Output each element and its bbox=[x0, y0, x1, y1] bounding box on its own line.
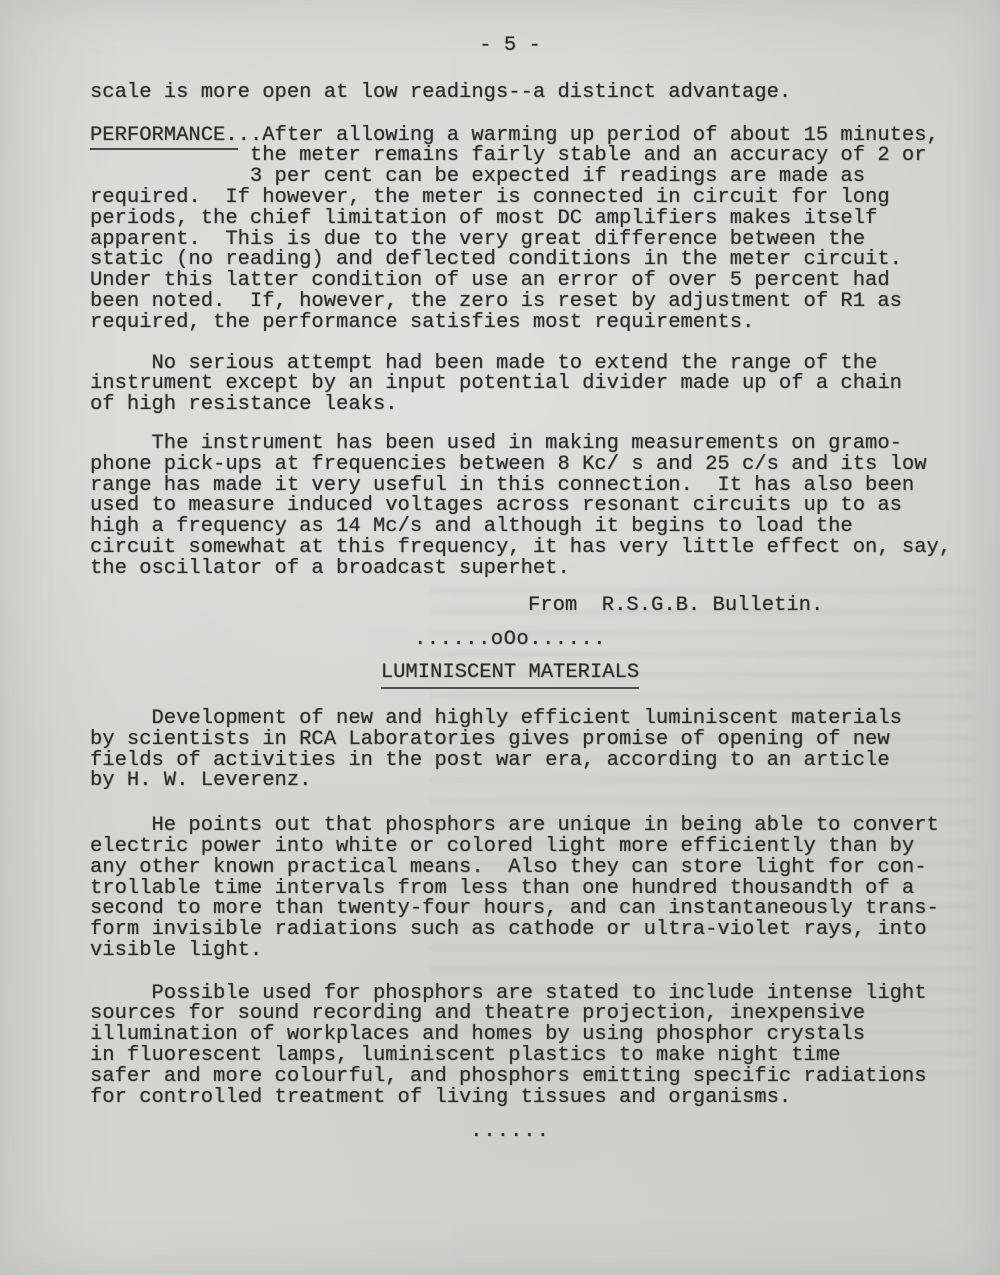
closing-dots: ...... bbox=[90, 1122, 930, 1143]
page-number: - 5 - bbox=[90, 36, 930, 57]
performance-paragraph: PERFORMANCE...After allowing a warming u… bbox=[90, 126, 930, 334]
development-paragraph: Development of new and highly efficient … bbox=[90, 709, 930, 792]
performance-body-text: ..After allowing a warming up period of … bbox=[90, 124, 939, 334]
section-divider-ooo: ......oOo...... bbox=[90, 630, 930, 651]
luminiscent-materials-heading: LUMINISCENT MATERIALS bbox=[381, 663, 639, 689]
source-attribution: From R.S.G.B. Bulletin. bbox=[528, 596, 930, 617]
page-content: - 5 - scale is more open at low readings… bbox=[0, 0, 1000, 1143]
article-heading-row: LUMINISCENT MATERIALS bbox=[90, 663, 930, 689]
intro-line: scale is more open at low readings--a di… bbox=[90, 83, 930, 104]
scanned-document-page: - 5 - scale is more open at low readings… bbox=[0, 0, 1000, 1275]
phosphors-uses-paragraph: Possible used for phosphors are stated t… bbox=[90, 984, 930, 1109]
phosphors-properties-paragraph: He points out that phosphors are unique … bbox=[90, 816, 930, 962]
usage-paragraph: The instrument has been used in making m… bbox=[90, 434, 930, 580]
range-paragraph: No serious attempt had been made to exte… bbox=[90, 354, 930, 416]
